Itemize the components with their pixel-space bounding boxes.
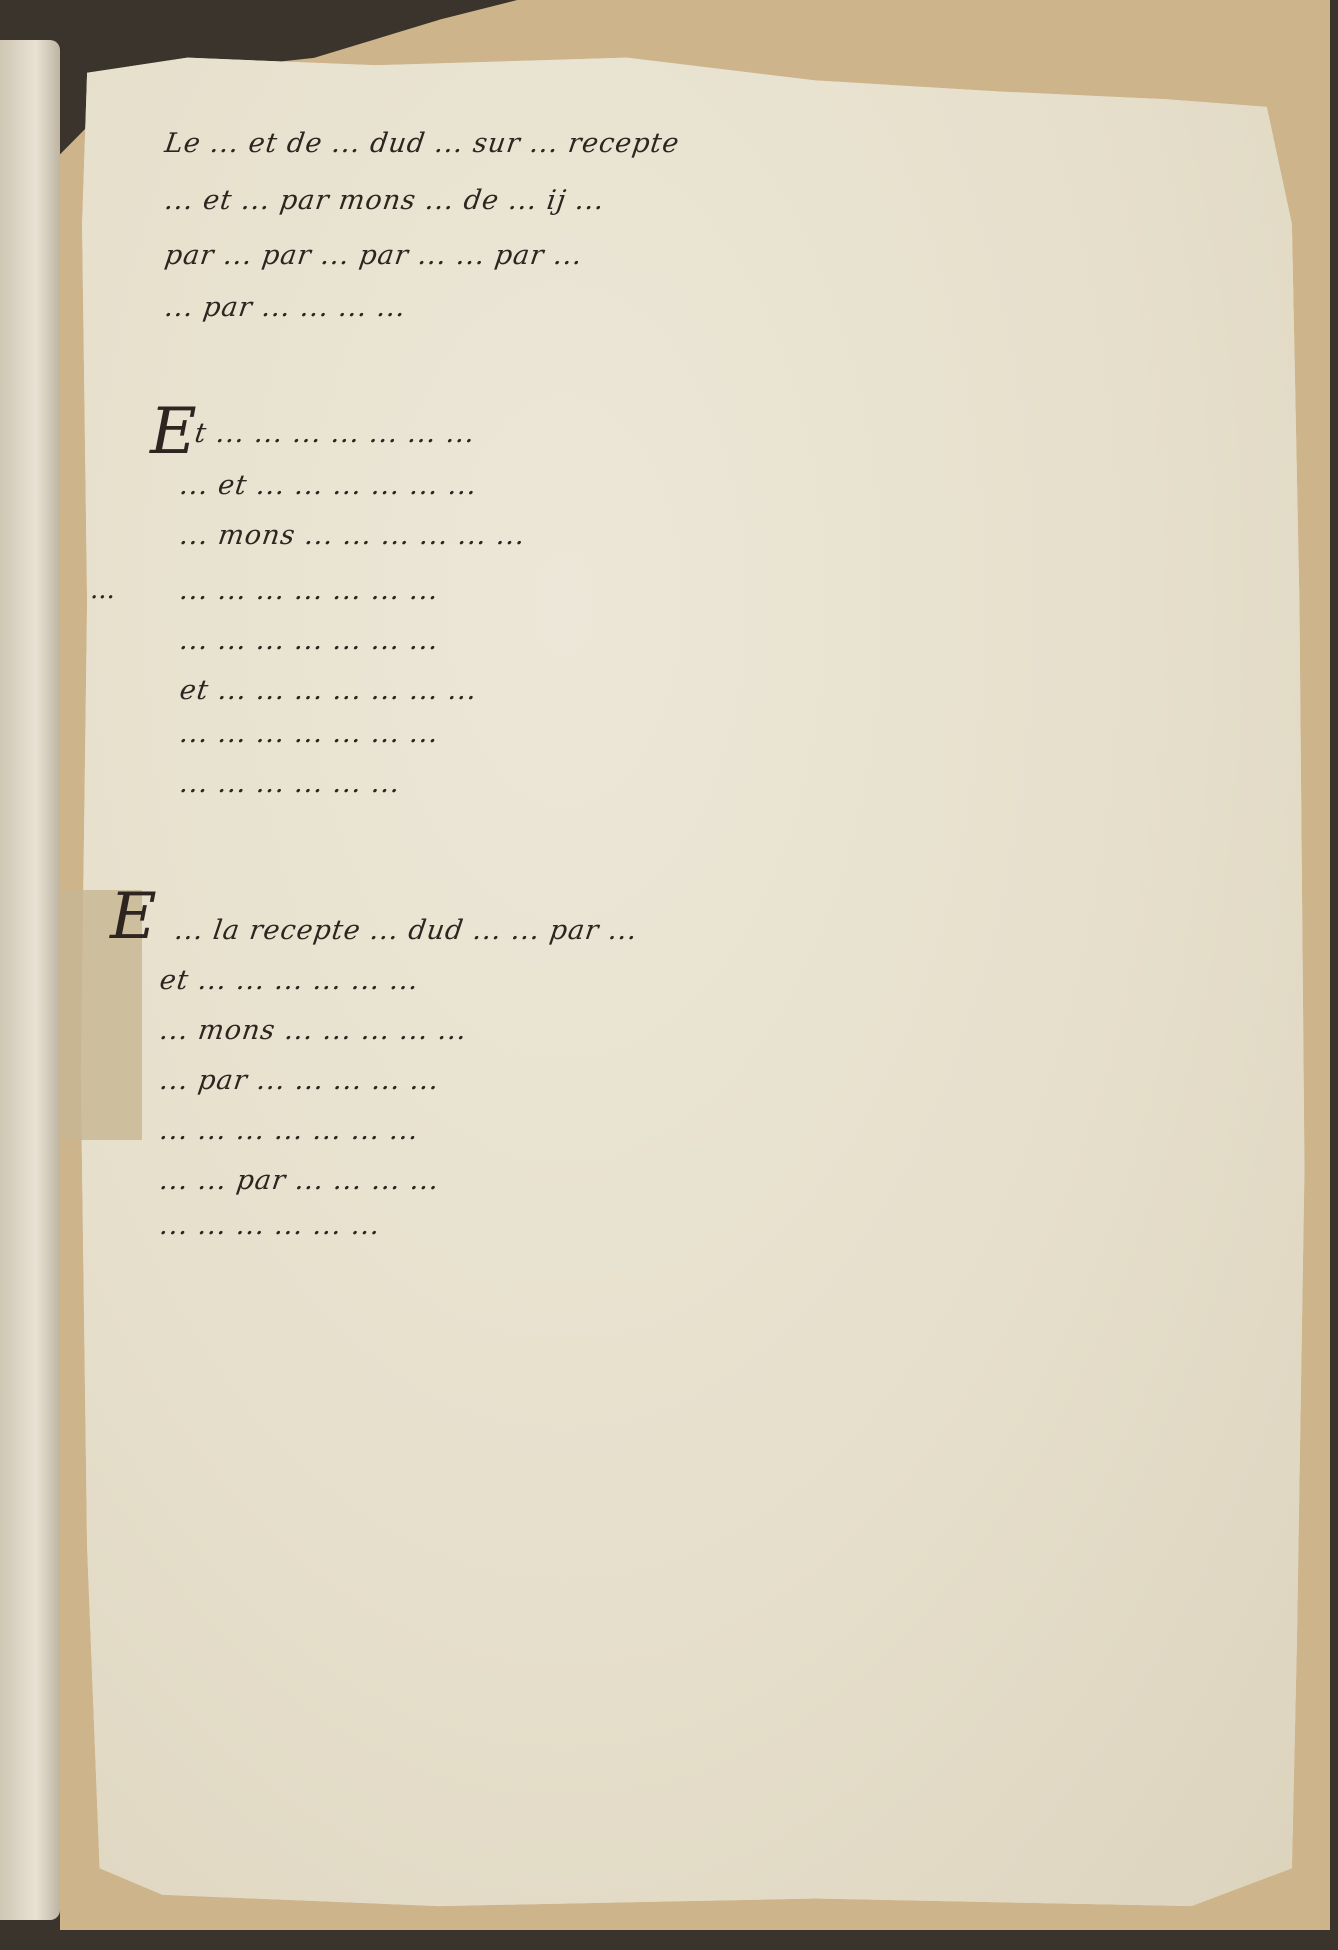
text-line: ... par ... ... ... ...	[163, 292, 408, 323]
drop-initial: E	[150, 395, 197, 469]
text-line: ... et ... ... ... ... ... ...	[178, 470, 479, 501]
text-line: ... par ... ... ... ... ...	[158, 1065, 442, 1096]
text-line: ... mons ... ... ... ... ... ...	[178, 520, 528, 551]
text-line: Le ... et de ... dud ... sur ... recepte	[163, 128, 682, 159]
text-line: par ... par ... par ... ... par ...	[163, 240, 585, 271]
text-line: ... ... ... ... ... ... ...	[178, 575, 441, 606]
margin-note: ...	[90, 575, 115, 605]
text-line: ... la recepte ... dud ... ... par ...	[173, 915, 640, 946]
text-line: ... ... ... ... ... ... ...	[158, 1115, 421, 1146]
text-line: et ... ... ... ... ... ...	[158, 965, 421, 996]
text-line: t ... ... ... ... ... ... ...	[193, 418, 478, 449]
text-line: ... ... par ... ... ... ...	[158, 1165, 442, 1196]
text-line: ... ... ... ... ... ...	[158, 1210, 383, 1241]
text-line: ... ... ... ... ... ... ...	[178, 625, 441, 656]
text-line: ... ... ... ... ... ...	[178, 768, 403, 799]
drop-initial: E	[110, 880, 157, 954]
adjacent-leaf	[0, 40, 60, 1920]
text-line: ... ... ... ... ... ... ...	[178, 718, 441, 749]
text-line: ... mons ... ... ... ... ...	[158, 1015, 469, 1046]
text-line: et ... ... ... ... ... ... ...	[178, 675, 479, 706]
text-line: ... et ... par mons ... de ... ij ...	[163, 185, 607, 216]
